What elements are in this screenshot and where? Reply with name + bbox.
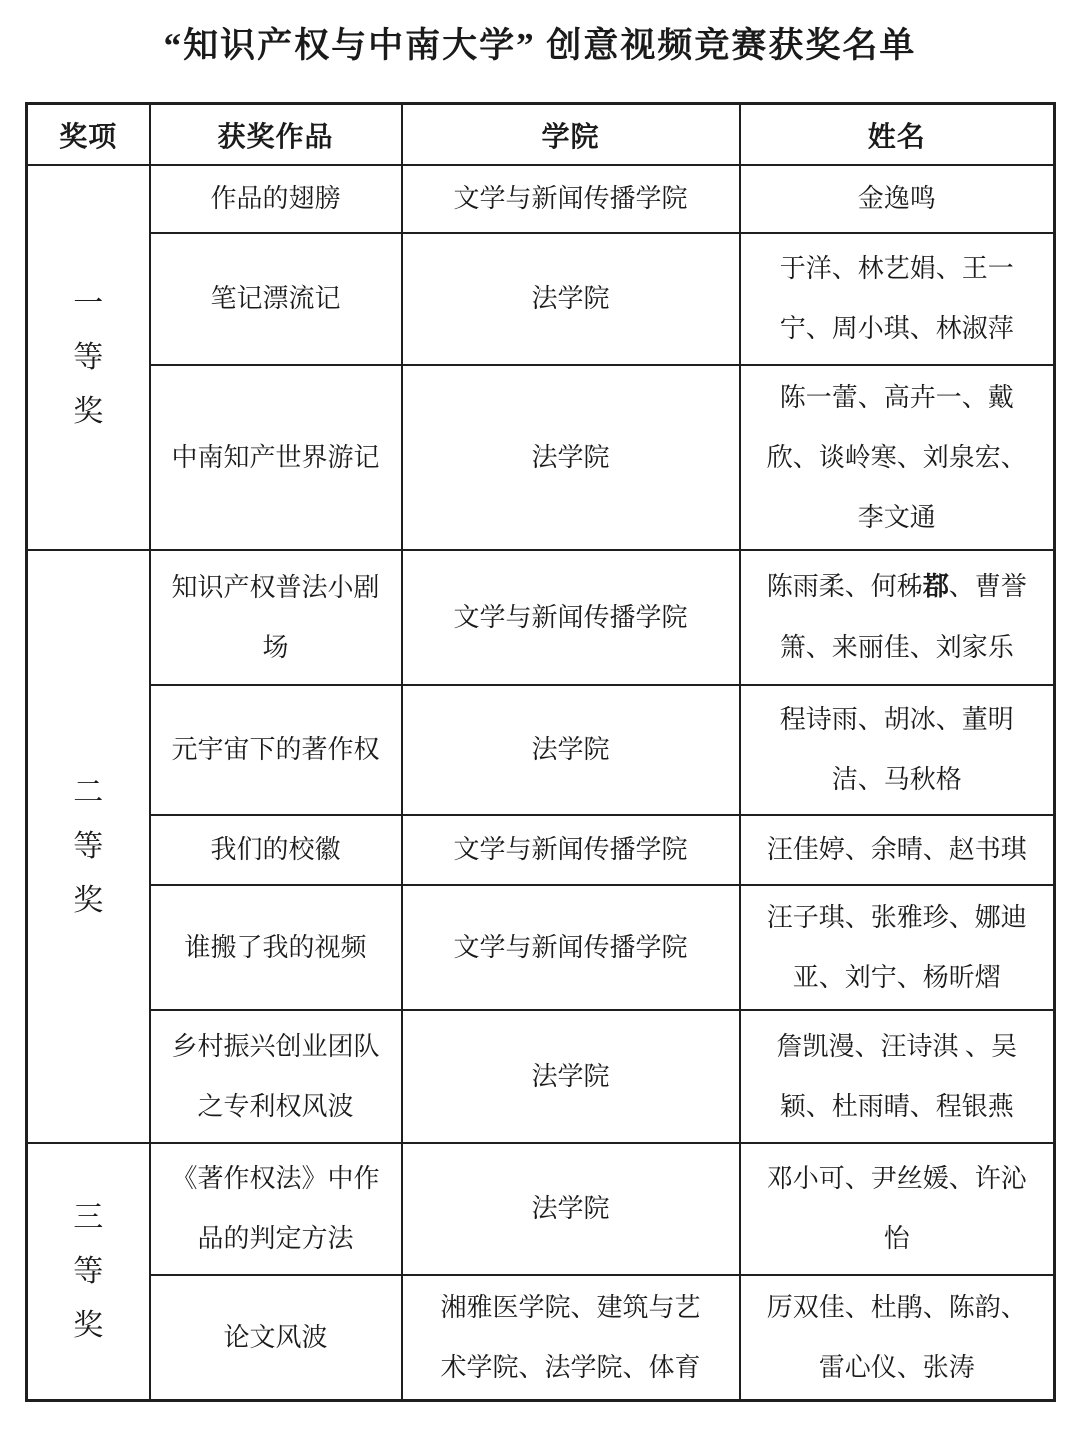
column-header-work: 获奖作品: [150, 103, 402, 165]
table-row: 三等奖 《著作权法》中作 品的判定方法 法学院 邓小可、尹丝媛、许沁 怡: [27, 1143, 1055, 1275]
winner-names: 邓小可、尹丝媛、许沁 怡: [767, 1149, 1027, 1269]
names-cell: 陈一蕾、高卉一、戴 欣、谈岭寒、刘泉宏、 李文通: [740, 365, 1055, 550]
college-name: 法学院: [531, 1047, 609, 1107]
college-name: 法学院: [531, 269, 609, 329]
college-name: 法学院: [531, 428, 609, 488]
award-group-first-prize: 一等奖: [27, 165, 150, 550]
names-cell: 汪子琪、张雅珍、娜迪 亚、刘宁、杨昕熠: [740, 885, 1055, 1010]
work-cell: 中南知产世界游记: [150, 365, 402, 550]
names-cell: 汪佳婷、余晴、赵书琪: [740, 815, 1055, 885]
work-cell: 谁搬了我的视频: [150, 885, 402, 1010]
work-cell: 知识产权普法小剧 场: [150, 550, 402, 685]
winner-names: 陈雨柔、何秭鄀、曹誉 箫、来丽佳、刘家乐: [767, 557, 1027, 678]
college-cell: 文学与新闻传播学院: [402, 815, 740, 885]
work-cell: 乡村振兴创业团队 之专利权风波: [150, 1010, 402, 1143]
work-cell: 我们的校徽: [150, 815, 402, 885]
names-cell: 厉双佳、杜鹃、陈韵、 雷心仪、张涛: [740, 1275, 1055, 1400]
college-name: 文学与新闻传播学院: [453, 820, 687, 880]
column-header-college: 学院: [402, 103, 740, 165]
award-winners-table: 奖项 获奖作品 学院 姓名 一等奖 作品的翅膀 文学与新闻传播学院 金逸鸣 笔记…: [25, 102, 1056, 1402]
college-cell: 文学与新闻传播学院: [402, 550, 740, 685]
award-group-second-prize: 二等奖: [27, 550, 150, 1143]
college-cell: 文学与新闻传播学院: [402, 885, 740, 1010]
document-page: “知识产权与中南大学” 创意视频竞赛获奖名单 奖项 获奖作品 学院 姓名 一等奖…: [0, 0, 1080, 1444]
college-cell: 法学院: [402, 233, 740, 365]
college-name: 文学与新闻传播学院: [453, 169, 687, 229]
work-cell: 论文风波: [150, 1275, 402, 1400]
college-name: 法学院: [531, 1179, 609, 1239]
college-name: 湘雅医学院、建筑与艺 术学院、法学院、体育: [440, 1278, 700, 1398]
winner-names: 程诗雨、胡冰、董明 洁、马秋格: [780, 690, 1014, 810]
work-cell: 作品的翅膀: [150, 165, 402, 233]
college-cell: 文学与新闻传播学院: [402, 165, 740, 233]
work-title: 谁搬了我的视频: [184, 918, 366, 978]
table-row: 谁搬了我的视频 文学与新闻传播学院 汪子琪、张雅珍、娜迪 亚、刘宁、杨昕熠: [27, 885, 1055, 1010]
work-title: 作品的翅膀: [210, 169, 340, 229]
college-cell: 法学院: [402, 365, 740, 550]
winner-names: 于洋、林艺娟、王一 宁、周小琪、林淑萍: [780, 239, 1014, 359]
table-row: 一等奖 作品的翅膀 文学与新闻传播学院 金逸鸣: [27, 165, 1055, 233]
work-title: 元宇宙下的著作权: [171, 720, 379, 780]
table-row: 元宇宙下的著作权 法学院 程诗雨、胡冰、董明 洁、马秋格: [27, 685, 1055, 815]
winner-names: 厉双佳、杜鹃、陈韵、 雷心仪、张涛: [767, 1278, 1027, 1398]
table-row: 论文风波 湘雅医学院、建筑与艺 术学院、法学院、体育 厉双佳、杜鹃、陈韵、 雷心…: [27, 1275, 1055, 1400]
award-label: 三等奖: [71, 1191, 106, 1353]
table-row: 二等奖 知识产权普法小剧 场 文学与新闻传播学院 陈雨柔、何秭鄀、曹誉 箫、来丽…: [27, 550, 1055, 685]
college-cell: 湘雅医学院、建筑与艺 术学院、法学院、体育: [402, 1275, 740, 1400]
work-title: 乡村振兴创业团队 之专利权风波: [171, 1017, 379, 1137]
work-title: 我们的校徽: [210, 820, 340, 880]
work-title: 中南知产世界游记: [171, 428, 379, 488]
work-cell: 笔记漂流记: [150, 233, 402, 365]
table-row: 笔记漂流记 法学院 于洋、林艺娟、王一 宁、周小琪、林淑萍: [27, 233, 1055, 365]
column-header-names: 姓名: [740, 103, 1055, 165]
names-cell: 金逸鸣: [740, 165, 1055, 233]
work-title: 论文风波: [223, 1308, 327, 1368]
table-row: 中南知产世界游记 法学院 陈一蕾、高卉一、戴 欣、谈岭寒、刘泉宏、 李文通: [27, 365, 1055, 550]
table-row: 我们的校徽 文学与新闻传播学院 汪佳婷、余晴、赵书琪: [27, 815, 1055, 885]
college-cell: 法学院: [402, 685, 740, 815]
award-group-third-prize: 三等奖: [27, 1143, 150, 1400]
award-label: 二等奖: [71, 766, 106, 928]
names-cell: 于洋、林艺娟、王一 宁、周小琪、林淑萍: [740, 233, 1055, 365]
names-cell: 詹凯漫、汪诗淇 、吴 颖、杜雨晴、程银燕: [740, 1010, 1055, 1143]
winner-names-part: 陈雨柔、何秭: [767, 572, 923, 601]
college-name: 法学院: [531, 720, 609, 780]
names-cell: 邓小可、尹丝媛、许沁 怡: [740, 1143, 1055, 1275]
work-title: 笔记漂流记: [210, 269, 340, 329]
winner-names-bold-char: 鄀: [923, 572, 949, 602]
names-cell: 陈雨柔、何秭鄀、曹誉 箫、来丽佳、刘家乐: [740, 550, 1055, 685]
college-cell: 法学院: [402, 1010, 740, 1143]
winner-names: 汪子琪、张雅珍、娜迪 亚、刘宁、杨昕熠: [767, 888, 1027, 1008]
college-name: 文学与新闻传播学院: [453, 918, 687, 978]
work-title: 《著作权法》中作 品的判定方法: [171, 1149, 379, 1269]
column-header-award: 奖项: [27, 103, 150, 165]
winner-names: 金逸鸣: [858, 169, 936, 229]
winner-names: 詹凯漫、汪诗淇 、吴 颖、杜雨晴、程银燕: [776, 1017, 1017, 1137]
table-row: 乡村振兴创业团队 之专利权风波 法学院 詹凯漫、汪诗淇 、吴 颖、杜雨晴、程银燕: [27, 1010, 1055, 1143]
work-cell: 元宇宙下的著作权: [150, 685, 402, 815]
winner-names: 汪佳婷、余晴、赵书琪: [767, 820, 1027, 880]
table-header-row: 奖项 获奖作品 学院 姓名: [27, 103, 1055, 165]
college-cell: 法学院: [402, 1143, 740, 1275]
winner-names: 陈一蕾、高卉一、戴 欣、谈岭寒、刘泉宏、 李文通: [767, 368, 1027, 547]
names-cell: 程诗雨、胡冰、董明 洁、马秋格: [740, 685, 1055, 815]
work-title: 知识产权普法小剧 场: [171, 558, 379, 678]
college-name: 文学与新闻传播学院: [453, 588, 687, 648]
award-label: 一等奖: [71, 277, 106, 439]
page-title: “知识产权与中南大学” 创意视频竞赛获奖名单: [0, 24, 1080, 68]
work-cell: 《著作权法》中作 品的判定方法: [150, 1143, 402, 1275]
